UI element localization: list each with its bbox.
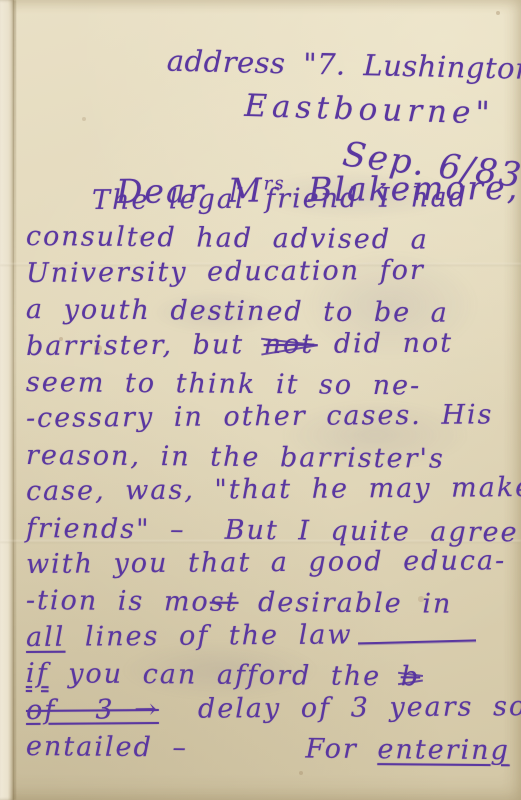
- handwriting-segment: seem to think it so ne-: [26, 367, 421, 401]
- handwriting-segment: friends" – But I quite agree: [26, 513, 519, 548]
- handwriting-segment: st: [210, 587, 239, 618]
- handwriting-segment: The legal friend I had: [92, 182, 468, 216]
- vertical-crease: [13, 0, 16, 800]
- letter-page: address "7. Lushington Rd, Eastbourne" S…: [0, 0, 521, 800]
- handwriting-segment: of 3 →: [26, 694, 159, 726]
- handwriting-segment: delay of 3 years so: [159, 691, 521, 725]
- handwriting-segment: case, was, "that he may make: [26, 472, 521, 507]
- body-line-13: all lines of the law: [26, 616, 476, 656]
- handwriting-segment: reason, in the barrister's: [26, 440, 445, 475]
- handwriting-segment: entering: [377, 734, 510, 766]
- handwriting-segment: desirable in: [238, 587, 452, 620]
- handwriting-segment: barrister, but: [26, 329, 264, 362]
- body-line-1: The legal friend I had: [92, 180, 468, 219]
- body-line-11: with you that a good educa-: [26, 543, 506, 583]
- body-line-9: case, was, "that he may make: [26, 470, 521, 510]
- handwriting-segment: you can afford the: [49, 658, 401, 692]
- body-line-7: -cessary in other cases. His: [26, 398, 494, 438]
- scribbled-out-word: not: [264, 326, 315, 362]
- handwriting-segment: -cessary in other cases. His: [26, 400, 494, 435]
- handwriting-segment: did not: [314, 327, 453, 359]
- body-line-3: University education for: [26, 253, 425, 292]
- handwriting-segment: -tion is mo: [26, 585, 210, 618]
- handwriting-segment: University education for: [26, 255, 425, 289]
- handwriting-segment: lines of the law: [65, 619, 352, 652]
- handwriting-segment: consulted had advised a: [26, 221, 429, 256]
- paper-stains: [0, 0, 2, 2]
- handwriting-segment: with you that a good educa-: [26, 545, 506, 580]
- body-line-15: of 3 → delay of 3 years so: [26, 689, 521, 729]
- body-line-16: entailed – For entering: [26, 729, 510, 769]
- paper-fold-edge: [0, 0, 14, 800]
- body-line-5: barrister, but not did not: [26, 325, 453, 364]
- handwriting-segment: entailed – For: [26, 731, 378, 765]
- handwriting-segment: a youth destined to be a: [26, 294, 449, 329]
- ink-rule: [358, 639, 476, 644]
- handwriting-segment: if: [26, 658, 49, 689]
- handwriting-segment: all: [26, 621, 66, 652]
